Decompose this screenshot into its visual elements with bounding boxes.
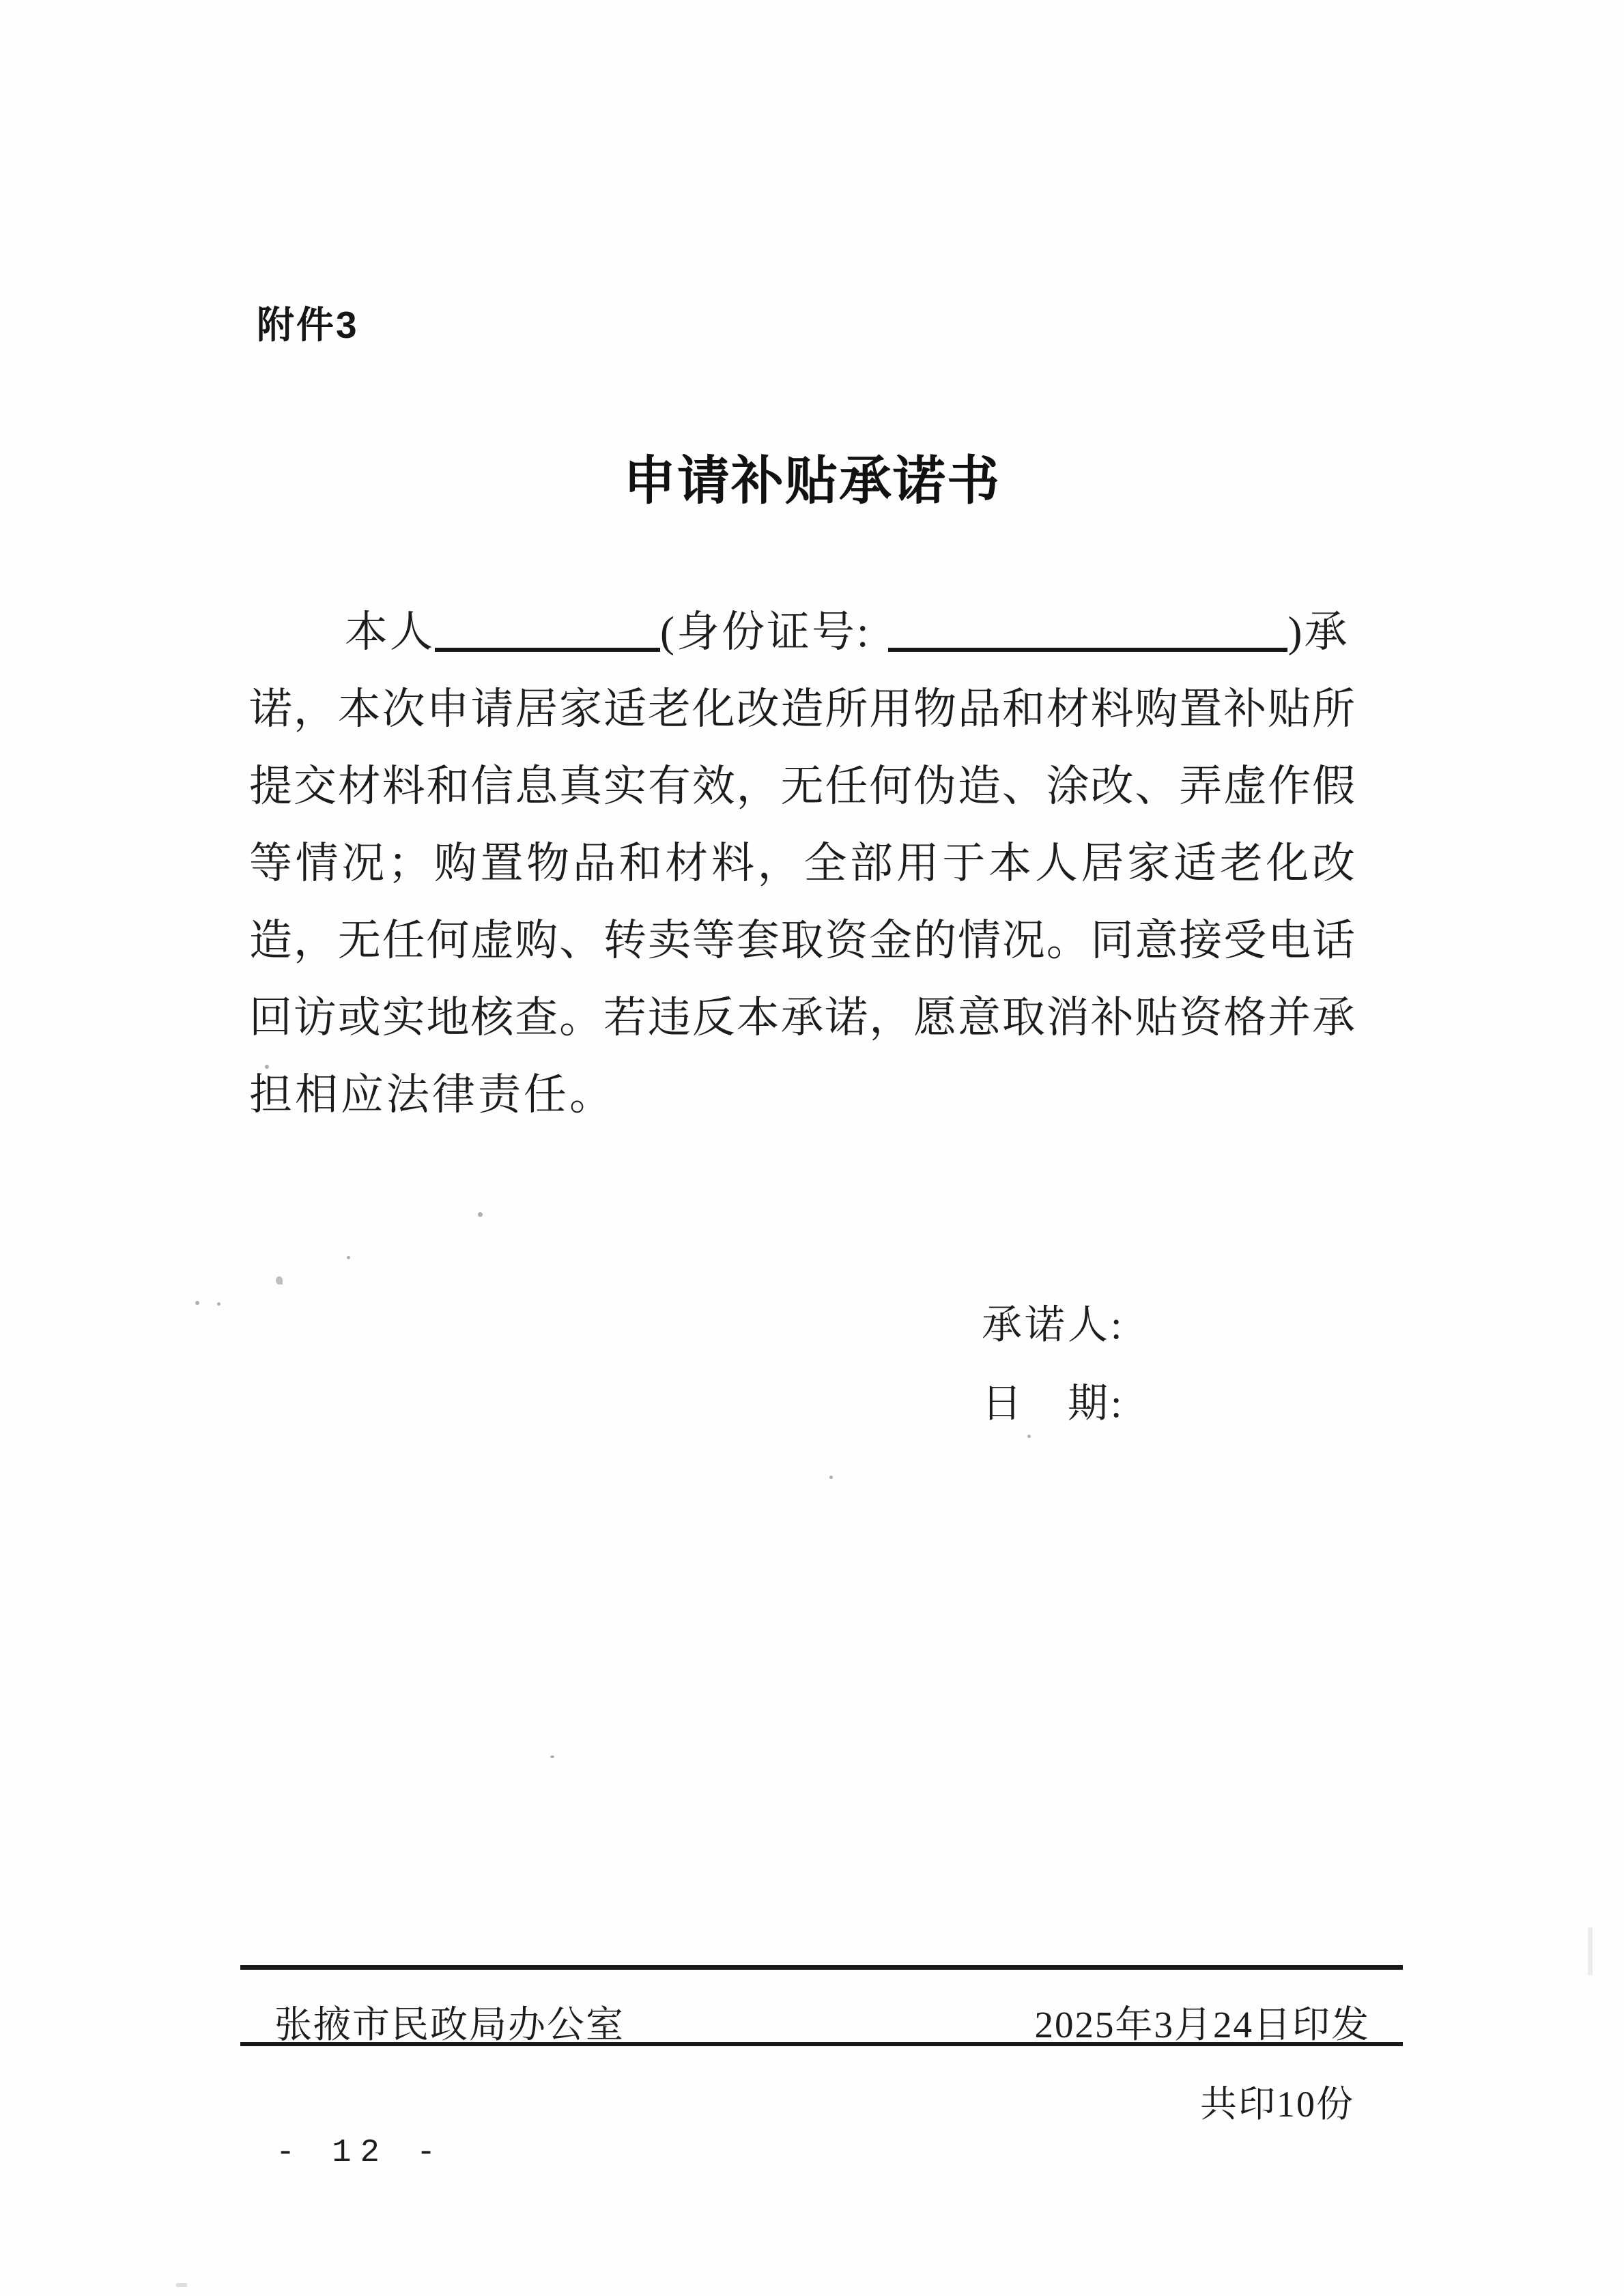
scan-speck xyxy=(1027,1435,1031,1438)
promisor-label: 承诺人: xyxy=(982,1286,1124,1364)
scan-edge-streak xyxy=(1588,1927,1593,1975)
line1-id-label: (身份证号: xyxy=(660,608,870,656)
attachment-label: 附件3 xyxy=(257,295,359,349)
commitment-paragraph: 本人(身份证号:)承 诺，本次申请居家适老化改造所用物品和材料购置补贴所 提交材… xyxy=(249,594,1355,1134)
paragraph-line-7: 担相应法律责任。 xyxy=(249,1057,1355,1134)
copies-count: 共印10份 xyxy=(1200,2075,1354,2127)
id-number-blank-underline xyxy=(888,645,1287,652)
scan-speck xyxy=(347,1256,350,1259)
issuing-office: 张掖市民政局办公室 xyxy=(240,1994,625,2048)
date-label: 日 期: xyxy=(982,1364,1124,1443)
paragraph-line-6: 回访或实地核查。若违反本承诺，愿意取消补贴资格并承 xyxy=(249,979,1355,1057)
footer-imprint-row: 张掖市民政局办公室 2025年3月24日印发 xyxy=(240,1994,1403,2048)
paragraph-line-5: 造，无任何虚购、转卖等套取资金的情况。同意接受电话 xyxy=(249,902,1355,979)
paragraph-line-4: 等情况；购置物品和材料，全部用于本人居家适老化改 xyxy=(249,825,1355,902)
scan-speck xyxy=(478,1212,483,1217)
scan-speck xyxy=(829,1476,833,1479)
scan-speck xyxy=(176,2283,187,2287)
scan-speck xyxy=(276,1276,283,1285)
paragraph-line-3: 提交材料和信息真实有效，无任何伪造、涂改、弄虚作假 xyxy=(249,748,1355,825)
name-blank-underline xyxy=(435,645,660,652)
scan-speck xyxy=(265,1065,269,1069)
print-date: 2025年3月24日印发 xyxy=(1034,1994,1403,2048)
footer-top-rule xyxy=(240,1965,1403,1970)
line1-suffix: )承 xyxy=(1287,608,1349,656)
paragraph-line-2: 诺，本次申请居家适老化改造所用物品和材料购置补贴所 xyxy=(249,671,1355,748)
scan-speck xyxy=(217,1302,220,1306)
line1-prefix: 本人 xyxy=(345,608,435,656)
scan-speck xyxy=(550,1755,554,1758)
document-title: 申请补贴承诺书 xyxy=(0,439,1624,515)
scan-speck xyxy=(195,1301,199,1305)
signature-block: 承诺人: 日 期: xyxy=(982,1286,1124,1443)
footer-bottom-rule xyxy=(240,2042,1403,2046)
paragraph-line-1: 本人(身份证号:)承 xyxy=(249,594,1355,671)
page-number: - 12 - xyxy=(276,2135,444,2171)
scanned-document-page: 附件3 申请补贴承诺书 本人(身份证号:)承 诺，本次申请居家适老化改造所用物品… xyxy=(0,0,1624,2296)
